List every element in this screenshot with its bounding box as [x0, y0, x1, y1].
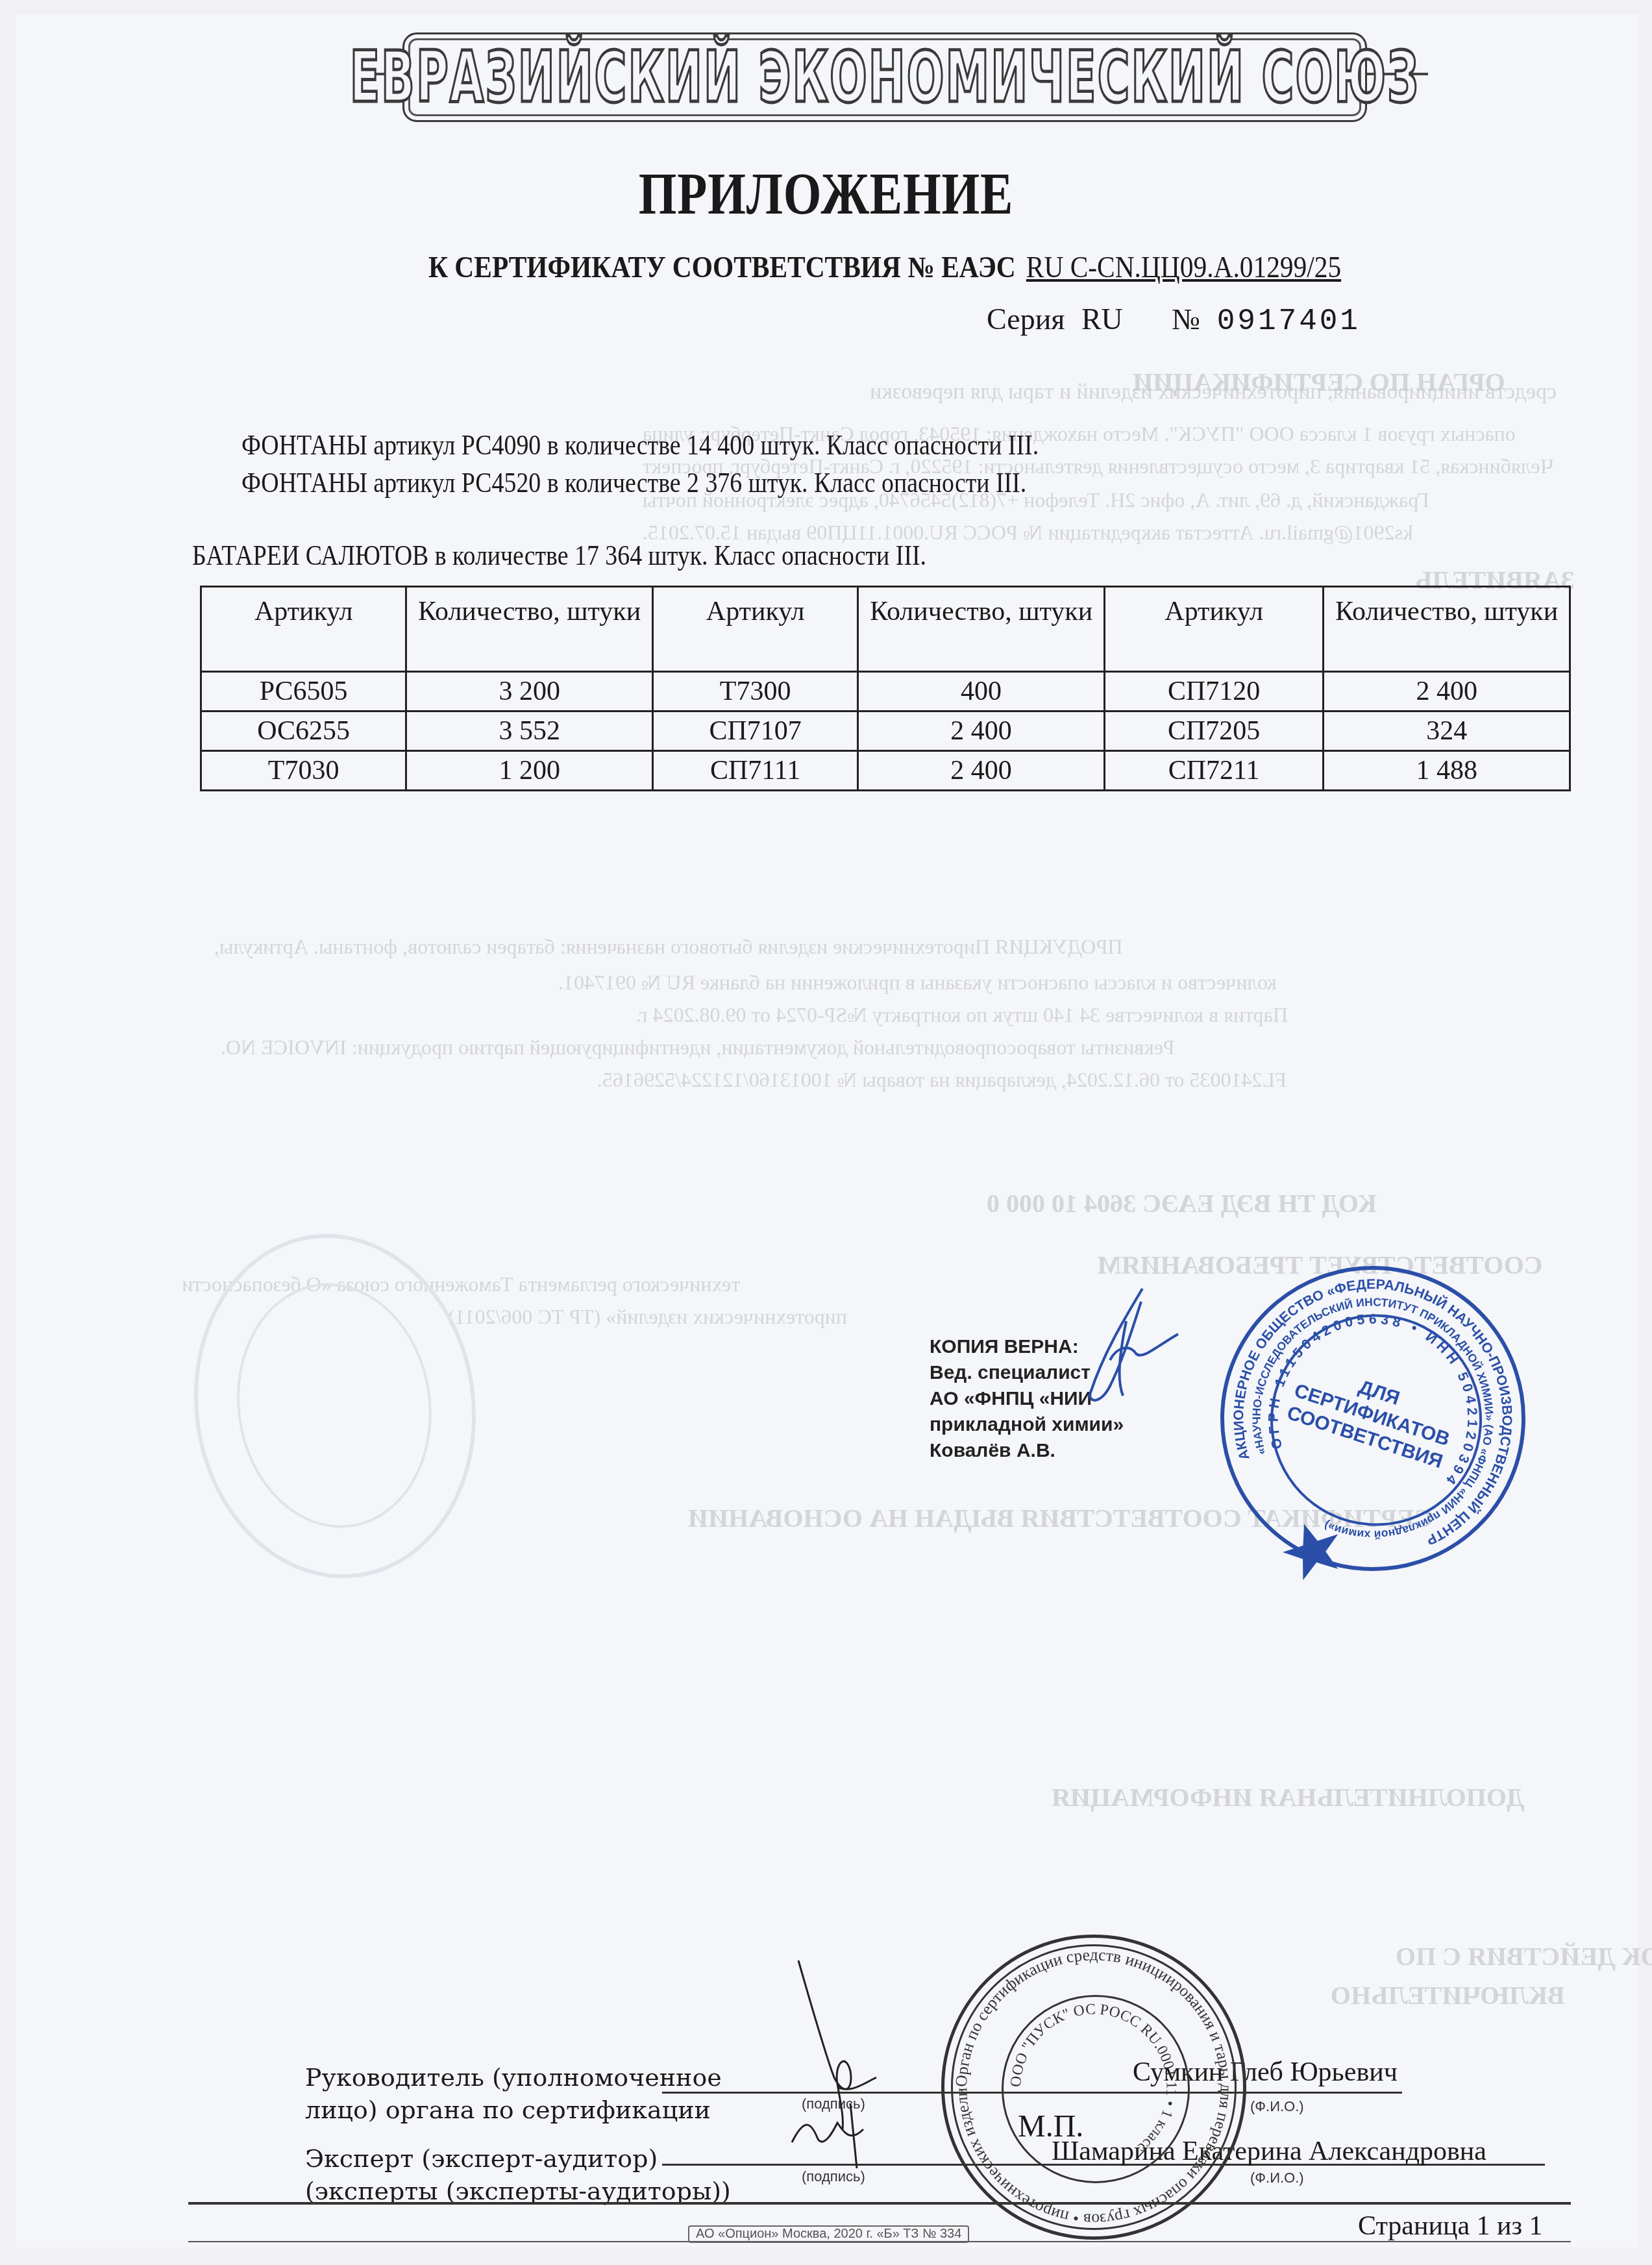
- bleed-line: КОД ТН ВЭД ЕАЭС 3604 10 000 0: [987, 1188, 1377, 1219]
- head-label: Руководитель (уполномоченное лицо) орган…: [305, 2061, 722, 2126]
- articles-table: Артикул Количество, штуки Артикул Количе…: [200, 586, 1571, 791]
- table-cell: СП7211: [1104, 751, 1323, 791]
- table-cell: Т7300: [652, 672, 857, 712]
- table-row: Т70301 200СП71112 400СП72111 488: [201, 751, 1570, 791]
- table-cell: 3 552: [406, 712, 653, 751]
- banner-text: ЕВРАЗИЙСКИЙ ЭКОНОМИЧЕСКИЙ СОЮЗ: [350, 36, 1420, 118]
- bleed-line: ДОПОЛНИТЕЛЬНАЯ ИНФОРМАЦИЯ: [1052, 1782, 1524, 1813]
- fio-caption: (Ф.И.О.): [1250, 2098, 1304, 2115]
- series-label: Серия: [987, 303, 1065, 336]
- blank-number: 0917401: [1217, 304, 1361, 338]
- table-cell: 400: [858, 672, 1105, 712]
- table-cell: СП7107: [652, 712, 857, 751]
- table-cell: СП7205: [1104, 712, 1323, 751]
- table-cell: 1 200: [406, 751, 653, 791]
- table-header-row: Артикул Количество, штуки Артикул Количе…: [201, 587, 1570, 672]
- copy-line: Ковалёв А.В.: [930, 1438, 1124, 1464]
- table-cell: 1 488: [1324, 751, 1570, 791]
- column-header: Количество, штуки: [406, 587, 653, 672]
- series-line: Серия RU № 0917401: [987, 302, 1361, 338]
- fio-caption: (Ф.И.О.): [1250, 2170, 1304, 2186]
- footer-rule: [188, 2202, 1571, 2205]
- expert-label: Эксперт (эксперт-аудитор) (эксперты (экс…: [305, 2142, 731, 2207]
- page-number: Страница 1 из 1: [1358, 2210, 1543, 2242]
- table-cell: РС6505: [201, 672, 406, 712]
- certificate-reference: К СЕРТИФИКАТУ СООТВЕТСТВИЯ № ЕАЭСRU С-CN…: [428, 250, 1341, 284]
- blue-signature-icon: [1065, 1282, 1181, 1412]
- eaeu-banner: ЕВРАЗИЙСКИЙ ЭКОНОМИЧЕСКИЙ СОЮЗ: [402, 32, 1367, 122]
- signature-caption: (подпись): [802, 2168, 865, 2185]
- table-cell: СП7120: [1104, 672, 1323, 712]
- expert-label-line: Эксперт (эксперт-аудитор): [305, 2142, 731, 2175]
- product-line: ФОНТАНЫ артикул РС4090 в количестве 14 4…: [241, 428, 1039, 462]
- bleed-line: количество и классы опасности указаны в …: [558, 971, 1277, 995]
- table-cell: 2 400: [858, 751, 1105, 791]
- certificate-prefix: К СЕРТИФИКАТУ СООТВЕТСТВИЯ № ЕАЭС: [428, 251, 1016, 284]
- table-row: РС65053 200Т7300400СП71202 400: [201, 672, 1570, 712]
- product-line: ФОНТАНЫ артикул РС4520 в количестве 2 37…: [241, 466, 1026, 499]
- column-header: Количество, штуки: [858, 587, 1105, 672]
- certificate-number: RU С-CN.ЦЦ09.А.01299/25: [1026, 251, 1341, 284]
- bleed-line: ПРОДУКЦИЯ Пиротехнические изделия бытово…: [214, 935, 1123, 959]
- document-page: [16, 14, 1638, 2247]
- column-header: Артикул: [201, 587, 406, 672]
- table-cell: 324: [1324, 712, 1570, 751]
- bleed-line: Реквизиты товаросопроводительной докумен…: [221, 1035, 1174, 1059]
- document-title: ПРИЛОЖЕНИЕ: [149, 159, 1503, 228]
- stamp-inner-ring: [1002, 1995, 1190, 2183]
- table-cell: Т7030: [201, 751, 406, 791]
- head-label-line: лицо) органа по сертификации: [305, 2094, 722, 2126]
- bleed-line: ВКЛЮЧИТЕЛЬНО: [1331, 1980, 1565, 2011]
- table-cell: 2 400: [1324, 672, 1570, 712]
- organ-stamp: Орган по сертификации средств инициирова…: [941, 1935, 1246, 2240]
- handwritten-signature-icon: [772, 1954, 915, 2168]
- table-row: ОС62553 552СП71072 400СП7205324: [201, 712, 1570, 751]
- table-cell: 2 400: [858, 712, 1105, 751]
- bleed-line: FL2410035 от 06.12.2024, декларация на т…: [597, 1068, 1287, 1092]
- head-label-line: Руководитель (уполномоченное: [305, 2061, 722, 2094]
- bleed-line: Партия в количестве 34 140 штук по контр…: [636, 1003, 1288, 1027]
- copy-line: прикладной химии»: [930, 1412, 1124, 1438]
- bleed-line: средств инициирования, пиротехнических и…: [870, 380, 1557, 404]
- product-line: БАТАРЕИ САЛЮТОВ в количестве 17 364 штук…: [192, 539, 926, 572]
- bleed-line: пиротехнических изделий» (ТР ТС 006/2011…: [448, 1305, 847, 1329]
- table-cell: ОС6255: [201, 712, 406, 751]
- series-value: RU: [1081, 303, 1123, 336]
- number-label: №: [1172, 303, 1200, 336]
- bleed-line: СРОК ДЕЙСТВИЯ С ПО: [1396, 1941, 1652, 1972]
- column-header: Артикул: [652, 587, 857, 672]
- printer-imprint: АО «Опцион» Москва, 2020 г. «Б» ТЗ № 334: [688, 2225, 969, 2243]
- column-header: Артикул: [1104, 587, 1323, 672]
- table-cell: 3 200: [406, 672, 653, 712]
- column-header: Количество, штуки: [1324, 587, 1570, 672]
- table-cell: СП7111: [652, 751, 857, 791]
